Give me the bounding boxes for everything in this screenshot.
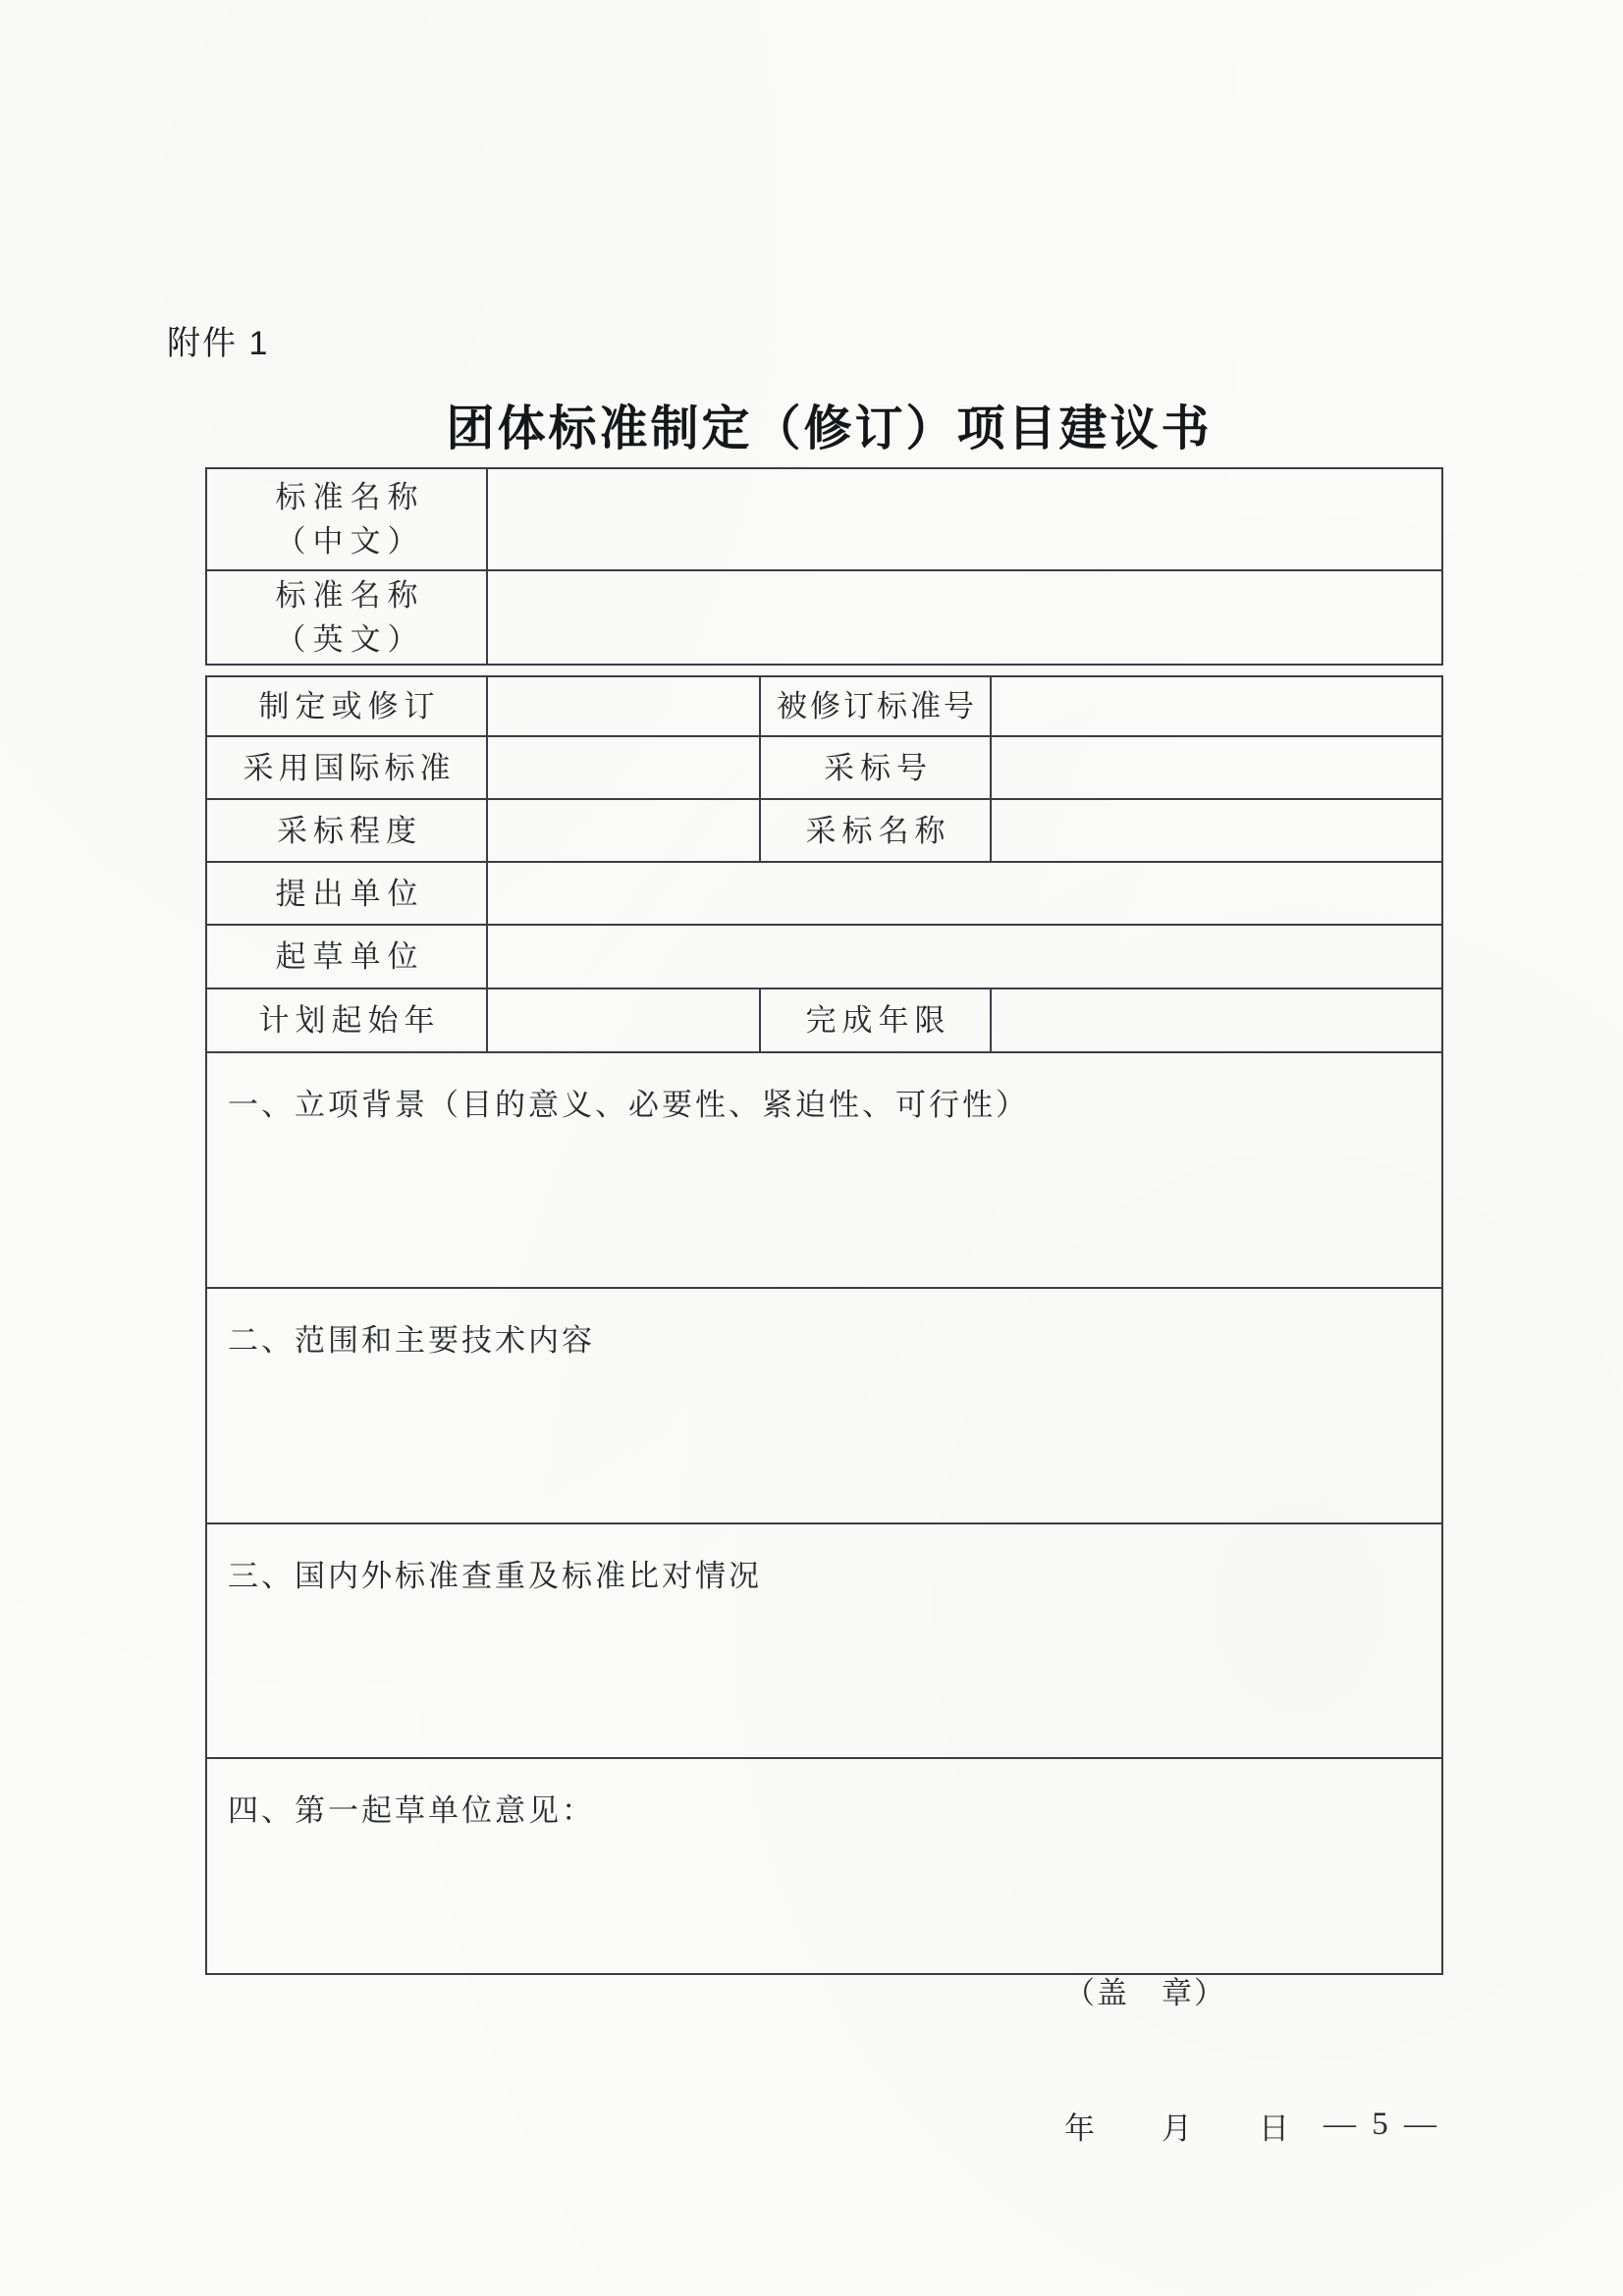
label-line: （英文）	[269, 617, 425, 662]
date-placeholder: 年 月 日	[1064, 2107, 1291, 2152]
label-line: （中文）	[269, 519, 425, 563]
label-text: 采标号	[818, 746, 933, 790]
value-cell-drafter	[488, 926, 1441, 988]
value-cell-standard-name-cn	[488, 469, 1441, 569]
label-cell-adopt-intl: 采用国际标准	[207, 737, 488, 798]
page-number: — 5 —	[1324, 2107, 1440, 2143]
value-cell-adopt-no	[992, 737, 1441, 798]
label-cell-adopt-name: 采标名称	[761, 800, 992, 861]
value-cell-standard-name-en	[488, 571, 1441, 664]
table-row-standard-name-cn: 标准名称 （中文）	[207, 469, 1441, 571]
stamp-and-date-block: （盖 章） 年 月 日	[1064, 1881, 1291, 2242]
value-cell-revised-standard-no	[992, 677, 1441, 735]
label-text: 提出单位	[269, 872, 425, 916]
label-text: 制定或修订	[253, 684, 441, 728]
table-row-standard-name-en: 标准名称 （英文）	[207, 571, 1441, 664]
section-body	[228, 1365, 1422, 1513]
label-cell-revised-standard-no: 被修订标准号	[761, 677, 992, 735]
table-row-drafter: 起草单位	[207, 926, 1441, 989]
value-cell-adopt-name	[992, 800, 1441, 861]
label-text: 计划起始年	[253, 998, 441, 1042]
section-heading: 三、国内外标准查重及标准比对情况	[228, 1551, 762, 1595]
table-row-adopt-degree: 采标程度 采标名称	[207, 800, 1441, 863]
value-cell-adopt-intl	[488, 737, 761, 798]
standard-name-table: 标准名称 （中文） 标准名称 （英文）	[205, 467, 1443, 666]
section-standard-comparison: 三、国内外标准查重及标准比对情况	[207, 1524, 1441, 1759]
label-cell-adopt-degree: 采标程度	[207, 800, 488, 861]
stamp-placeholder: （盖 章）	[1064, 1971, 1291, 2016]
label-cell-standard-name-cn: 标准名称 （中文）	[207, 469, 488, 569]
label-line: 标准名称	[269, 475, 425, 519]
section-body	[228, 1130, 1422, 1277]
label-text: 采标程度	[271, 809, 422, 853]
table-row-proposer: 提出单位	[207, 863, 1441, 926]
table-row-plan-year: 计划起始年 完成年限	[207, 989, 1441, 1053]
value-cell-revise	[488, 677, 761, 735]
section-scope-technical-content: 二、范围和主要技术内容	[207, 1289, 1441, 1524]
attachment-label: 附件 1	[167, 316, 269, 364]
label-cell-standard-name-en: 标准名称 （英文）	[207, 571, 488, 664]
page-title: 团体标准制定（修订）项目建议书	[205, 391, 1443, 459]
main-form-table: 制定或修订 被修订标准号 采用国际标准 采标号	[205, 675, 1443, 1975]
value-cell-proposer	[488, 863, 1441, 924]
label-line: 标准名称	[269, 573, 425, 617]
section-heading: 二、范围和主要技术内容	[228, 1315, 595, 1360]
table-row-revise: 制定或修订 被修订标准号	[207, 677, 1441, 737]
label-text: 采标名称	[800, 809, 951, 853]
label-cell-adopt-no: 采标号	[761, 737, 992, 798]
section-heading: 一、立项背景（目的意义、必要性、紧迫性、可行性）	[228, 1080, 1029, 1124]
section-heading: 四、第一起草单位意见：	[228, 1786, 595, 1830]
label-cell-revise: 制定或修订	[207, 677, 488, 735]
label-text: 起草单位	[269, 934, 425, 979]
label-cell-drafter: 起草单位	[207, 926, 488, 988]
scanned-form-page: 附件 1 团体标准制定（修订）项目建议书 标准名称 （中文） 标准名称 （英文）	[0, 0, 1623, 2296]
value-cell-adopt-degree	[488, 800, 761, 861]
label-cell-proposer: 提出单位	[207, 863, 488, 924]
value-cell-completion-years	[992, 989, 1441, 1051]
label-text: 完成年限	[800, 998, 951, 1042]
label-text: 采用国际标准	[239, 746, 456, 790]
label-cell-completion-years: 完成年限	[761, 989, 992, 1051]
label-text: 被修订标准号	[774, 684, 977, 728]
table-row-adopt-intl: 采用国际标准 采标号	[207, 737, 1441, 800]
section-body	[228, 1601, 1422, 1747]
section-project-background: 一、立项背景（目的意义、必要性、紧迫性、可行性）	[207, 1053, 1441, 1289]
label-cell-plan-year: 计划起始年	[207, 989, 488, 1051]
section-first-drafter-opinion: 四、第一起草单位意见： （盖 章） 年 月 日	[207, 1759, 1441, 1973]
value-cell-plan-year	[488, 989, 761, 1051]
